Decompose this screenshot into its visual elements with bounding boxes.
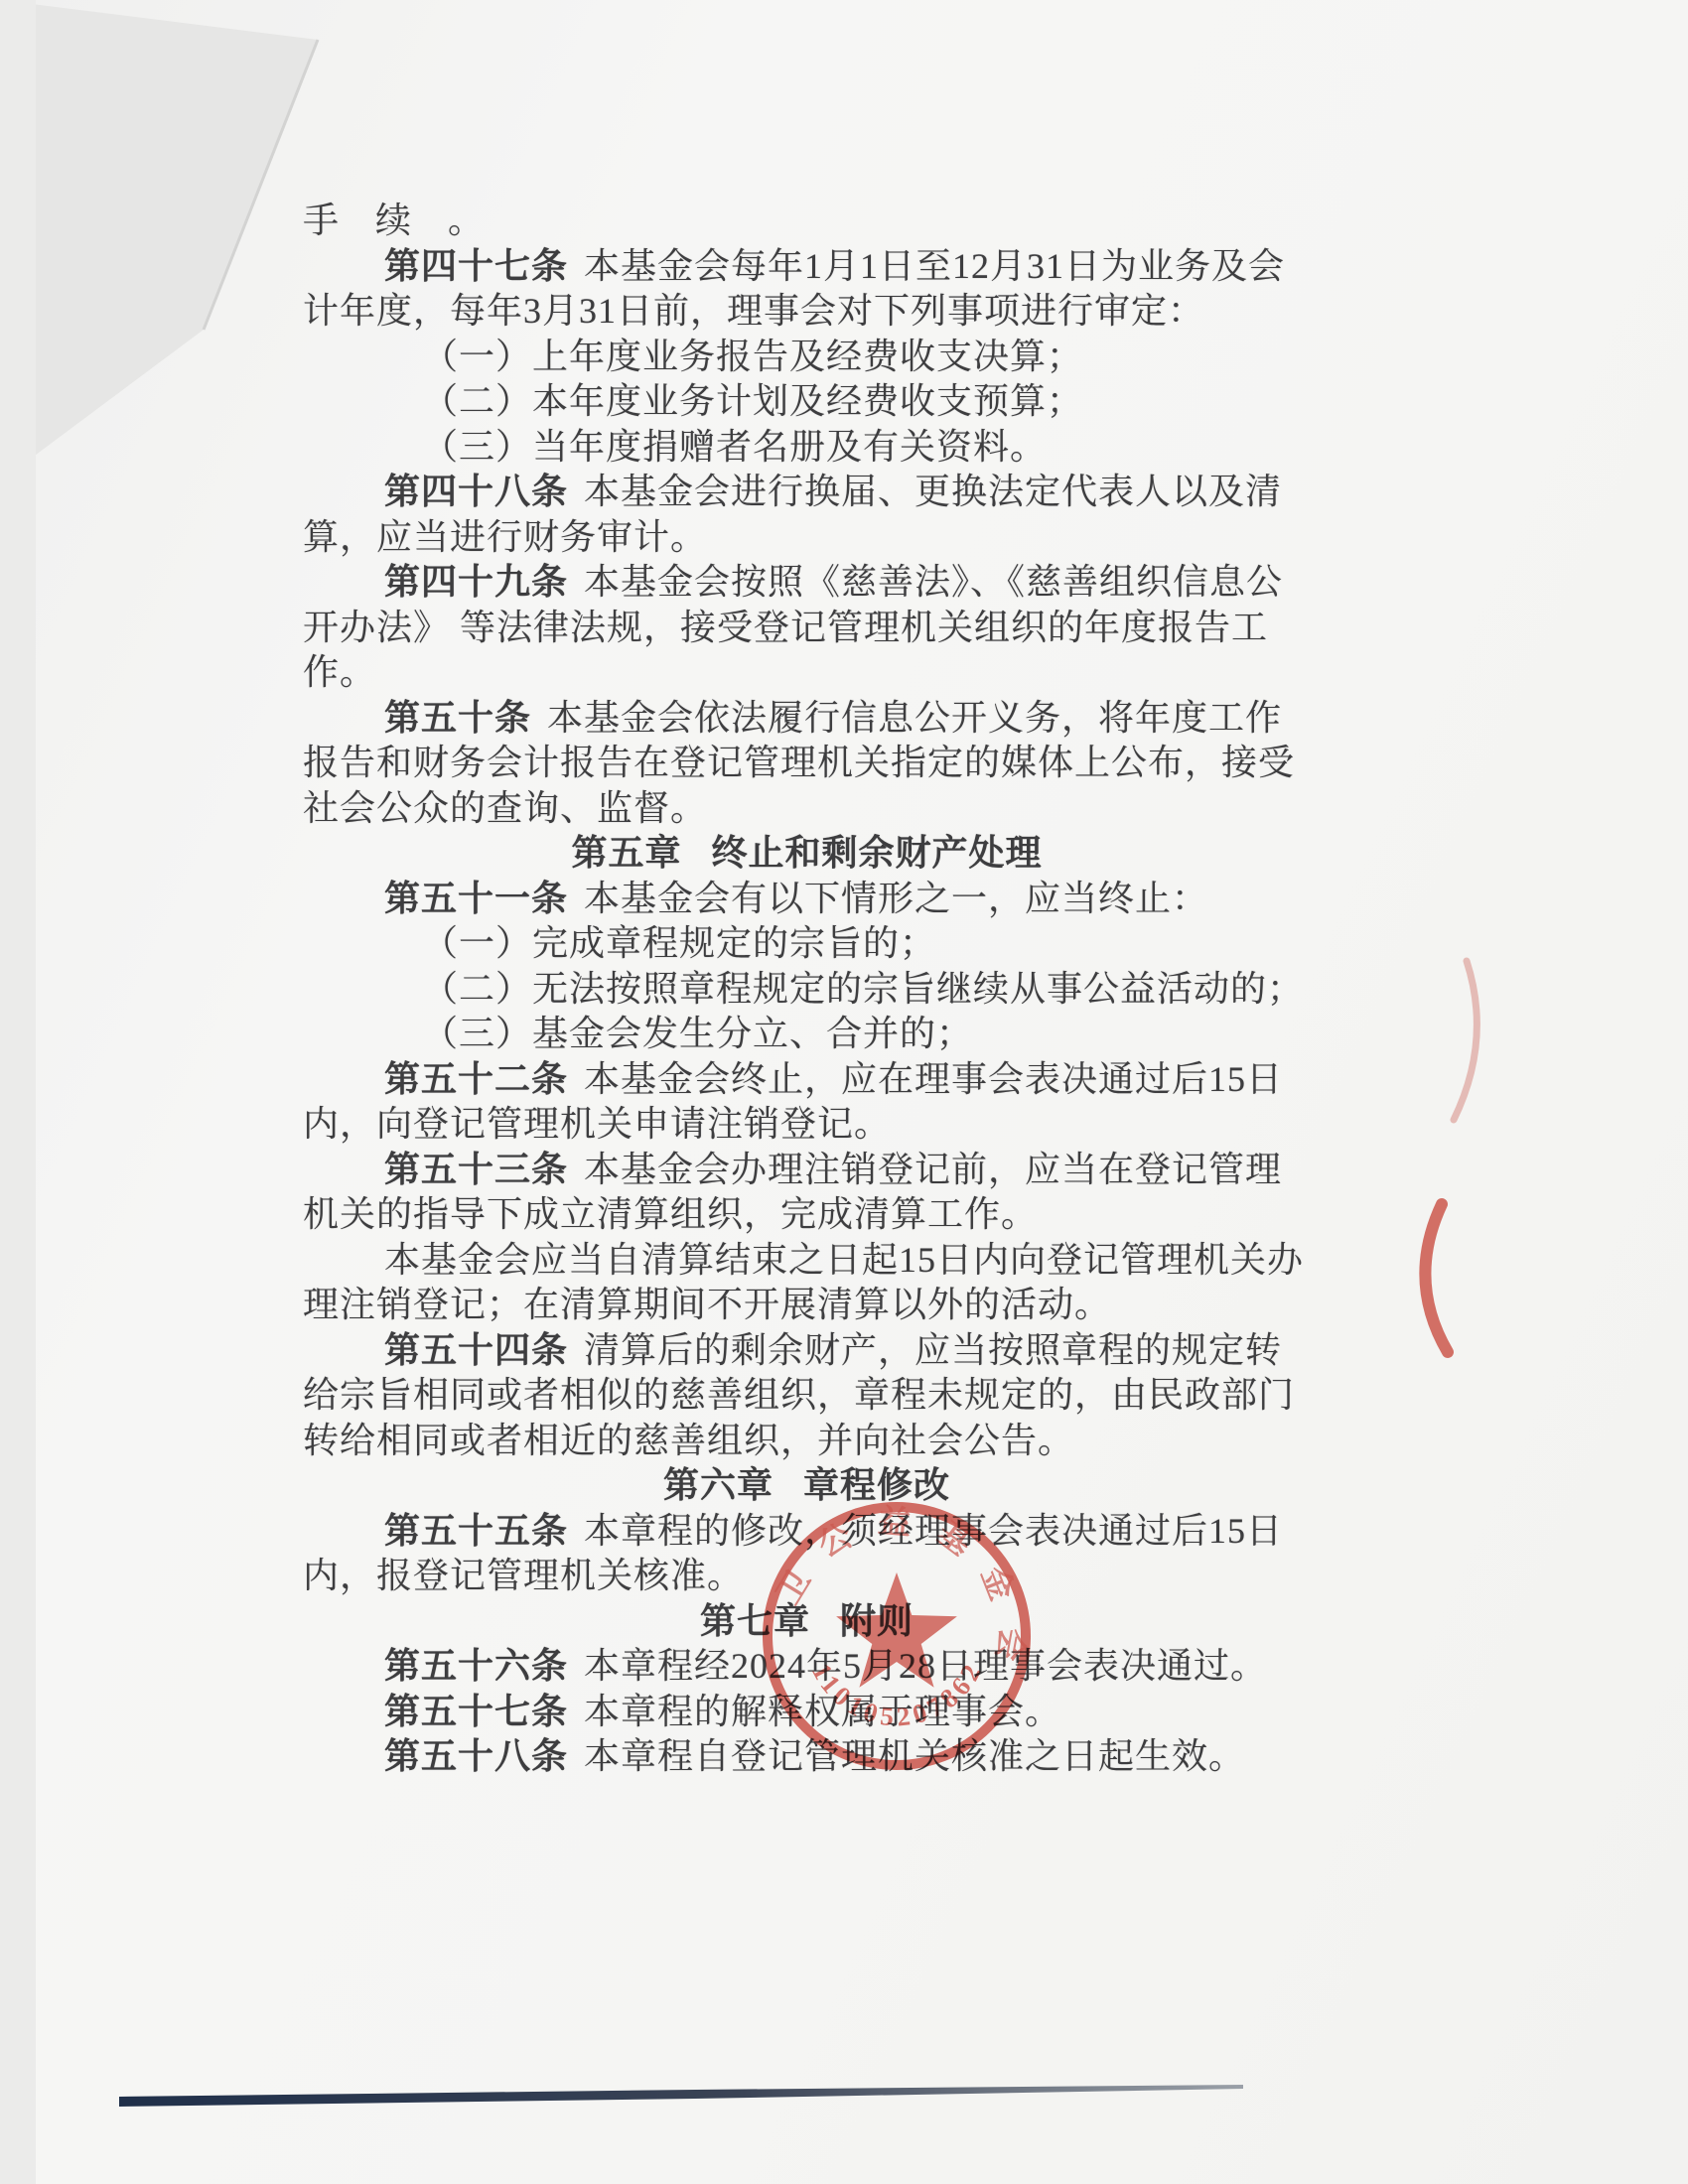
article-56: 第五十六条本章程经2024年5月28日理事会表决通过。 <box>303 1644 1311 1690</box>
article-number-label: 第五十五条 <box>384 1511 584 1551</box>
article-text: 本章程自登记管理机关核准之日起生效。 <box>584 1736 1245 1776</box>
article-number-label: 第五十八条 <box>384 1736 584 1776</box>
article-number-label: 第五十三条 <box>384 1150 584 1189</box>
article-number-label: 第四十八条 <box>384 472 584 511</box>
article-text: 本章程的解释权属于理事会。 <box>584 1692 1061 1731</box>
article-number-label: 第五十七条 <box>384 1692 584 1731</box>
article-55: 第五十五条本章程的修改，须经理事会表决通过后15日内，报登记管理机关核准。 <box>303 1509 1311 1599</box>
item-text: （二）本年度业务计划及经费收支预算； <box>422 381 1083 421</box>
chapter-number-label: 第五章 <box>571 833 711 873</box>
article-49: 第四十九条本基金会按照《慈善法》、《慈善组织信息公开办法》 等法律法规，接受登记… <box>303 560 1311 696</box>
item-text: （三）当年度捐赠者名册及有关资料。 <box>422 427 1047 467</box>
article-54: 第五十四条清算后的剩余财产，应当按照章程的规定转给宗旨相同或者相似的慈善组织，章… <box>303 1328 1311 1464</box>
chapter-title: 章程修改 <box>803 1465 950 1505</box>
charter-line: 手 续 。 <box>303 199 1311 244</box>
article-47: 第四十七条本基金会每年1月1日至12月31日为业务及会计年度，每年3月31日前，… <box>303 244 1311 335</box>
left-edge-shadow <box>0 0 36 2184</box>
chapter-5-heading: 第五章终止和剩余财产处理 <box>303 831 1311 877</box>
item-text: （三）基金会发生分立、合并的； <box>422 1014 973 1053</box>
article-text: 本章程经2024年5月28日理事会表决通过。 <box>584 1646 1267 1686</box>
article-52: 第五十二条本基金会终止，应在理事会表决通过后15日内，向登记管理机关申请注销登记… <box>303 1057 1311 1148</box>
article-53: 第五十三条本基金会办理注销登记前，应当在登记管理机关的指导下成立清算组织，完成清… <box>303 1148 1311 1238</box>
article-48: 第四十八条本基金会进行换届、更换法定代表人以及清算，应当进行财务审计。 <box>303 470 1311 560</box>
list-item: （一）上年度业务报告及经费收支决算； <box>303 335 1311 380</box>
article-number-label: 第四十七条 <box>384 246 584 286</box>
chapter-7-heading: 第七章附则 <box>303 1599 1311 1645</box>
stamp-arc-fragment-lower <box>1425 1204 1448 1352</box>
chapter-number-label: 第六章 <box>663 1465 803 1505</box>
item-text: （一）上年度业务报告及经费收支决算； <box>422 337 1083 376</box>
article-number-label: 第五十六条 <box>384 1646 584 1686</box>
article-number-label: 第五十四条 <box>384 1330 584 1370</box>
list-item: （一）完成章程规定的宗旨的； <box>303 921 1311 967</box>
chapter-6-heading: 第六章章程修改 <box>303 1463 1311 1509</box>
scanned-document-page: 手 续 。 第四十七条本基金会每年1月1日至12月31日为业务及会计年度，每年3… <box>0 0 1688 2184</box>
list-item: （三）基金会发生分立、合并的； <box>303 1012 1311 1057</box>
article-number-label: 第五十二条 <box>384 1059 584 1099</box>
article-50: 第五十条本基金会依法履行信息公开义务，将年度工作报告和财务会计报告在登记管理机关… <box>303 696 1311 832</box>
chapter-title: 附则 <box>840 1601 914 1641</box>
item-text: （二）无法按照章程规定的宗旨继续从事公益活动的； <box>422 969 1304 1009</box>
article-57: 第五十七条本章程的解释权属于理事会。 <box>303 1690 1311 1735</box>
bottom-page-edge <box>119 2085 1243 2107</box>
list-item: （二）无法按照章程规定的宗旨继续从事公益活动的； <box>303 967 1311 1013</box>
article-text: 本基金会应当自清算结束之日起15日内向登记管理机关办理注销登记；在清算期间不开展… <box>303 1240 1304 1325</box>
article-number-label: 第五十一条 <box>384 879 584 918</box>
fold-crease-line <box>204 40 318 330</box>
article-text: 本基金会有以下情形之一，应当终止： <box>584 879 1208 918</box>
chapter-number-label: 第七章 <box>700 1601 840 1641</box>
charter-text-block: 手 续 。 第四十七条本基金会每年1月1日至12月31日为业务及会计年度，每年3… <box>303 199 1311 1780</box>
article-58: 第五十八条本章程自登记管理机关核准之日起生效。 <box>303 1734 1311 1780</box>
line-text: 手 续 。 <box>303 201 497 240</box>
article-51: 第五十一条本基金会有以下情形之一，应当终止： <box>303 877 1311 922</box>
article-number-label: 第五十条 <box>384 698 547 738</box>
item-text: （一）完成章程规定的宗旨的； <box>422 923 936 963</box>
list-item: （三）当年度捐赠者名册及有关资料。 <box>303 425 1311 471</box>
chapter-title: 终止和剩余财产处理 <box>712 833 1043 873</box>
page-corner-fold <box>0 0 318 481</box>
article-number-label: 第四十九条 <box>384 562 584 602</box>
article-53-paragraph-2: 本基金会应当自清算结束之日起15日内向登记管理机关办理注销登记；在清算期间不开展… <box>303 1238 1311 1328</box>
list-item: （二）本年度业务计划及经费收支预算； <box>303 379 1311 425</box>
stamp-arc-fragment-upper <box>1454 961 1477 1120</box>
